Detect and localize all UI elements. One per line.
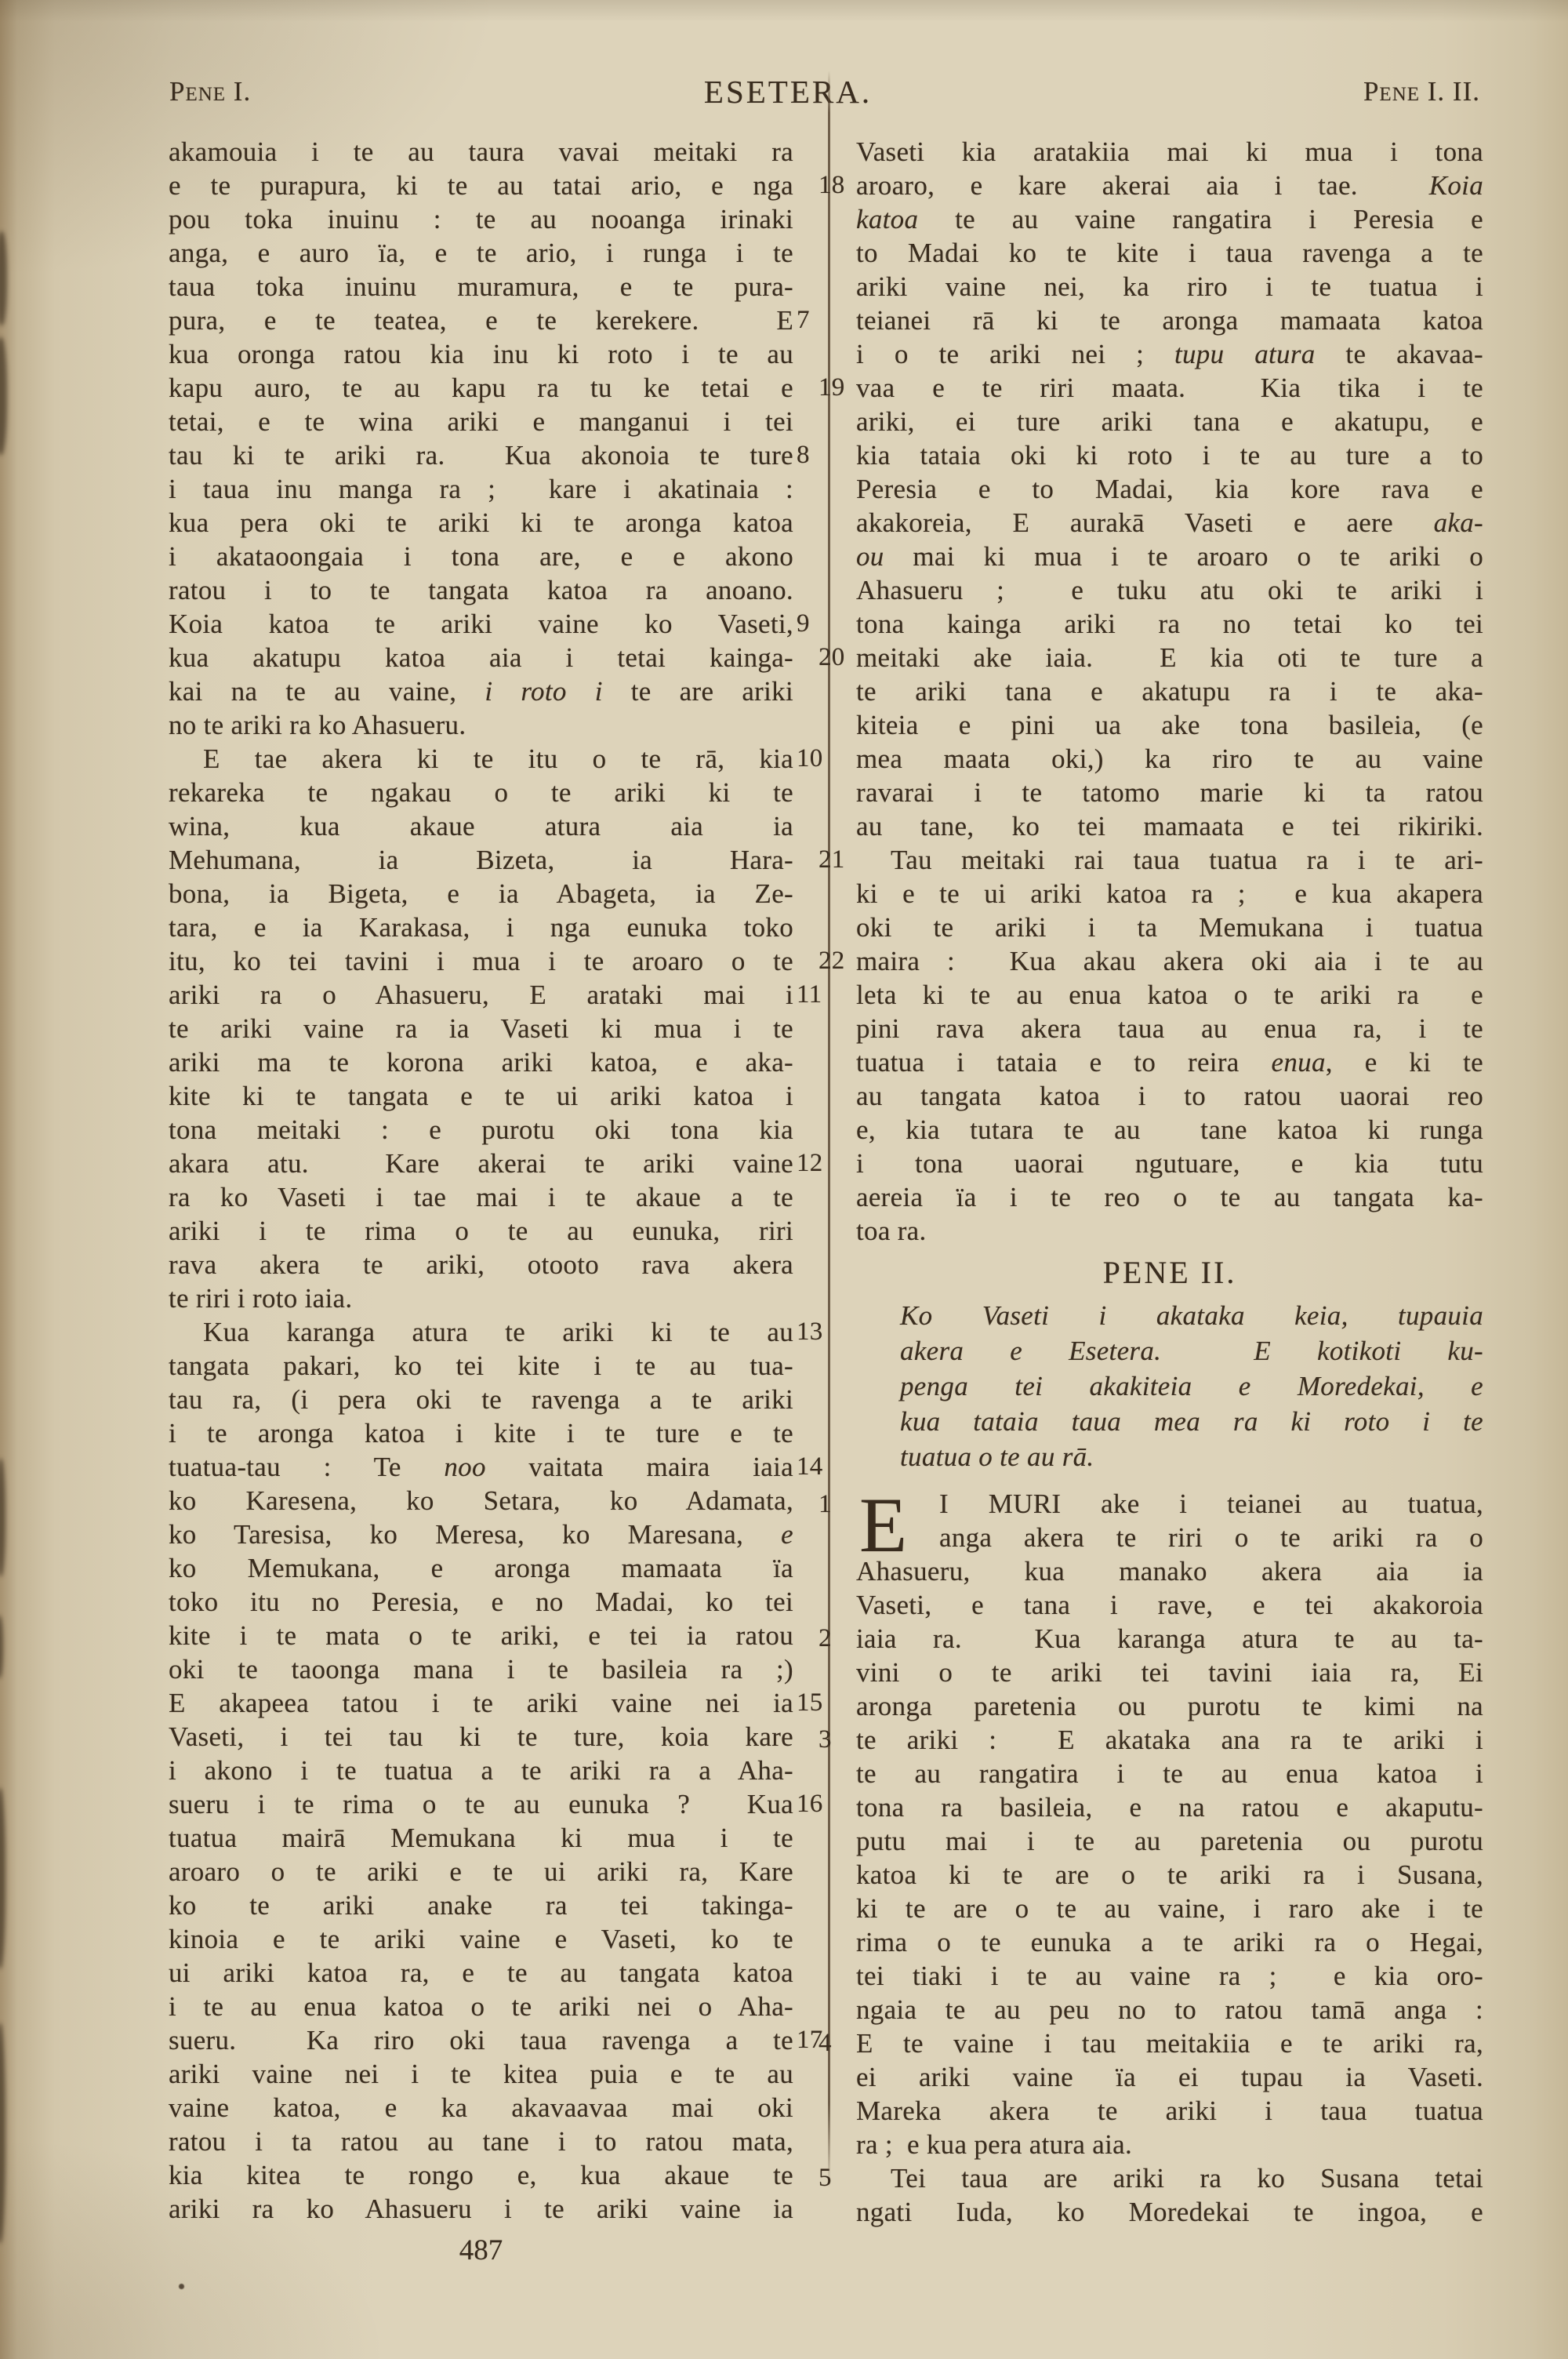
verse-number: 8	[797, 438, 836, 472]
text-line: aereia ïa i te reo o te au tangata ka-	[856, 1180, 1483, 1214]
text-line: ariki ma te korona ariki katoa, e aka-	[169, 1045, 793, 1079]
verse-number: 2	[817, 1622, 855, 1656]
text-line: ariki, ei ture ariki tana e akatupu, e	[856, 405, 1483, 438]
text-line: 8tau ki te ariki ra. Kua akonoia te ture	[169, 438, 793, 472]
text-line: tara, e ia Karakasa, i nga eunuka toko	[169, 911, 793, 944]
text-line: 7pura, e te teatea, e te kerekere. E	[169, 304, 793, 337]
text-line: te riri i roto iaia.	[169, 1281, 793, 1315]
verse-number: 11	[797, 978, 836, 1012]
scan-edge-artifact	[0, 1788, 5, 1968]
text-line: ou mai ki mua i te aroaro o te ariki o	[856, 540, 1483, 573]
scan-edge-artifact	[0, 1459, 5, 1576]
text-line: Mareka akera te ariki i taua tuatua	[856, 2094, 1483, 2128]
text-line: katoa te au vaine rangatira i Peresia e	[856, 202, 1483, 236]
text-line: e, kia tutara te au tane katoa ki runga	[856, 1113, 1483, 1147]
text-line: 17sueru. Ka riro oki taua ravenga a te	[169, 2023, 793, 2057]
text-line: 21Tau meitaki rai taua tuatua ra i te ar…	[856, 843, 1483, 877]
running-head-right: Pene I. II.	[1363, 72, 1480, 111]
text-line: ki te are o te au vaine, i raro ake i te	[856, 1892, 1483, 1925]
text-line: teianei rā ki te aronga mamaata katoa	[856, 304, 1483, 337]
text-line: i o te ariki nei ; tupu atura te akavaa-	[856, 337, 1483, 371]
text-line: ravarai i te tatomo marie ki ta ratou	[856, 776, 1483, 809]
text-line: tona meitaki : e purotu oki tona kia	[169, 1113, 793, 1147]
text-line: tuatua mairā Memukana ki mua i te	[169, 1821, 793, 1855]
text-line: taua toka inuinu muramura, e te pura-	[169, 270, 793, 304]
text-line: te au rangatira i te au enua katoa i	[856, 1757, 1483, 1790]
text-line: rava akera te ariki, otooto rava akera	[169, 1248, 793, 1281]
text-line: au tane, ko tei mamaata e tei rikiriki.	[856, 809, 1483, 843]
text-line: te ariki vaine ra ia Vaseti ki mua i te	[169, 1012, 793, 1045]
text-line: ki e te ui ariki katoa ra ; e kua akaper…	[856, 877, 1483, 911]
text-line: Ahasueru, kua manako akera aia ia	[856, 1554, 1483, 1588]
text-line: ko Karesena, ko Setara, ko Adamata,	[169, 1484, 793, 1518]
book-title-running-head: ESETERA.	[169, 72, 1407, 111]
text-line: akakoreia, E aurakā Vaseti e aere aka-	[856, 506, 1483, 540]
verse-number: 20	[817, 641, 855, 674]
verse-number: 21	[817, 843, 855, 877]
text-line: toko itu no Peresia, e no Madai, ko tei	[169, 1585, 793, 1619]
text-line: ra ko Vaseti i tae mai i te akaue a te	[169, 1180, 793, 1214]
text-line: i tona uaorai ngutuare, e kia tutu	[856, 1147, 1483, 1180]
scan-edge-artifact	[0, 231, 7, 325]
verse-number: 13	[797, 1315, 836, 1349]
text-line: tetai, e te wina ariki e manganui i tei	[169, 405, 793, 438]
text-line: aronga paretenia ou purotu te kimi na	[856, 1689, 1483, 1723]
text-line: kia kitea te rongo e, kua akaue te	[169, 2158, 793, 2192]
text-line: te ariki tana e akatupu ra i te aka-	[856, 674, 1483, 708]
text-line: 20meitaki ake iaia. E kia oti te ture a	[856, 641, 1483, 674]
text-line: 2iaia ra. Kua karanga atura te au ta-	[856, 1622, 1483, 1656]
text-line: kiteia e pini ua ake tona basileia, (e	[856, 708, 1483, 742]
text-line: ariki ra ko Ahasueru i te ariki vaine ia	[169, 2192, 793, 2226]
dropcap-paragraph: 1EI MURI ake i teianei au tuatua,anga ak…	[856, 1487, 1483, 1554]
verse-number: 14	[797, 1450, 836, 1484]
text-line: pini rava akera taua au enua ra, i te	[856, 1012, 1483, 1045]
text-line: tei tiaki i te au vaine ra ; e kia oro-	[856, 1959, 1483, 1993]
text-line: tuatua i tataia e to reira enua, e ki te	[856, 1045, 1483, 1079]
scanned-book-page: Pene I. ESETERA. Pene I. II. akamouia i …	[0, 0, 1568, 2359]
text-line: no te ariki ra ko Ahasueru.	[169, 708, 793, 742]
text-line: ariki i te rima o te au eunuka, riri	[169, 1214, 793, 1248]
text-line: i te aronga katoa i kite i te ture e te	[169, 1416, 793, 1450]
ink-spot	[179, 2284, 184, 2289]
left-column: akamouia i te au taura vavai meitaki rae…	[169, 135, 793, 2226]
text-line: putu mai i te au paretenia ou purotu	[856, 1824, 1483, 1858]
text-line: kite ki te tangata e te ui ariki katoa i	[169, 1079, 793, 1113]
text-line: Vaseti, i tei tau ki te ture, koia kare	[169, 1720, 793, 1754]
text-line: kapu auro, te au kapu ra tu ke tetai e	[169, 371, 793, 405]
text-line: ra ; e kua pera atura aia.	[856, 2128, 1483, 2161]
text-line: kua oronga ratou kia inu ki roto i te au	[169, 337, 793, 371]
verse-number: 22	[817, 944, 855, 978]
text-line: 9Koia katoa te ariki vaine ko Vaseti,	[169, 607, 793, 641]
verse-number: 3	[817, 1723, 855, 1757]
verse-number: 4	[817, 2026, 855, 2060]
text-line: bona, ia Bigeta, e ia Abageta, ia Ze-	[169, 877, 793, 911]
chapter-heading: PENE II.	[856, 1252, 1483, 1293]
text-line: i akono i te tuatua a te ariki ra a Aha-	[169, 1754, 793, 1787]
text-line: 3te ariki : E akataka ana ra te ariki i	[856, 1723, 1483, 1757]
page-number: 487	[169, 2234, 793, 2267]
text-line: tona kainga ariki ra no tetai ko tei	[856, 607, 1483, 641]
text-line: ngati Iuda, ko Moredekai te ingoa, e	[856, 2195, 1483, 2229]
summary-line: kua tataia taua mea ra ki roto i te	[900, 1404, 1483, 1439]
text-line: toa ra.	[856, 1214, 1483, 1248]
text-line: ko Memukana, e aronga mamaata ïa	[169, 1551, 793, 1585]
text-line: aroaro o te ariki e te ui ariki ra, Kare	[169, 1855, 793, 1888]
text-line: kua akatupu katoa aia i tetai kainga-	[169, 641, 793, 674]
text-line: wina, kua akaue atura aia ia	[169, 809, 793, 843]
text-line: i te au enua katoa o te ariki nei o Aha-	[169, 1990, 793, 2023]
text-line: mea maata oki,) ka riro te au vaine	[856, 742, 1483, 776]
verse-number: 7	[797, 304, 836, 337]
text-line: 4E te vaine i tau meitakiia e te ariki r…	[856, 2026, 1483, 2060]
text-line: anga akera te riri o te ariki ra o	[856, 1521, 1483, 1554]
text-line: 19vaa e te riri maata. Kia tika i te	[856, 371, 1483, 405]
right-column: Vaseti kia aratakiia mai ki mua i tona18…	[856, 135, 1483, 2229]
text-line: ngaia te au peu no to ratou tamā anga :	[856, 1993, 1483, 2026]
text-line: tangata pakari, ko tei kite i te au tua-	[169, 1349, 793, 1383]
text-line: katoa ki te are o te ariki ra i Susana,	[856, 1858, 1483, 1892]
text-line: ei ariki vaine ïa ei tupau ia Vaseti.	[856, 2060, 1483, 2094]
text-line: Vaseti kia aratakiia mai ki mua i tona	[856, 135, 1483, 169]
text-line: 13Kua karanga atura te ariki ki te au	[169, 1315, 793, 1349]
text-line: 18aroaro, e kare akerai aia i tae. Koia	[856, 169, 1483, 202]
text-line: rekareka te ngakau o te ariki ki te	[169, 776, 793, 809]
text-line: itu, ko tei tavini i mua i te aroaro o t…	[169, 944, 793, 978]
verse-number: 18	[817, 169, 855, 202]
summary-line: Ko Vaseti i akataka keia, tupauia	[900, 1298, 1483, 1333]
text-line: vini o te ariki tei tavini iaia ra, Ei	[856, 1656, 1483, 1689]
text-line: ui ariki katoa ra, e te au tangata katoa	[169, 1956, 793, 1990]
scan-edge-artifact	[0, 2023, 5, 2243]
text-line: pou toka inuinu : te au nooanga irinaki	[169, 202, 793, 236]
text-line: ariki vaine nei, ka riro i te tuatua i	[856, 270, 1483, 304]
text-line: i akataoongaia i tona are, e e akono	[169, 540, 793, 573]
text-line: 16sueru i te rima o te au eunuka ? Kua	[169, 1787, 793, 1821]
verse-number: 15	[797, 1686, 836, 1720]
text-line: ariki vaine nei i te kitea puia e te au	[169, 2057, 793, 2091]
text-line: akamouia i te au taura vavai meitaki ra	[169, 135, 793, 169]
text-line: leta ki te au enua katoa o te ariki ra e	[856, 978, 1483, 1012]
text-line: oki te taoonga mana i te basileia ra ;)	[169, 1652, 793, 1686]
verse-number: 1	[817, 1490, 855, 1519]
text-line: oki te ariki i ta Memukana i tuatua	[856, 911, 1483, 944]
text-line: anga, e auro ïa, e te ario, i runga i te	[169, 236, 793, 270]
text-line: Ahasueru ; e tuku atu oki te ariki i	[856, 573, 1483, 607]
verse-number: 16	[797, 1787, 836, 1821]
text-line: au tangata katoa i to ratou uaorai reo	[856, 1079, 1483, 1113]
scan-edge-artifact	[0, 1616, 3, 1678]
text-line: 15E akapeea tatou i te ariki vaine nei i…	[169, 1686, 793, 1720]
text-line: vaine katoa, e ka akavaavaa mai oki	[169, 2091, 793, 2125]
summary-line: akera e Esetera. E kotikoti ku-	[900, 1333, 1483, 1369]
text-line: kai na te au vaine, i roto i te are arik…	[169, 674, 793, 708]
verse-number: 9	[797, 607, 836, 641]
text-line: e te purapura, ki te au tatai ario, e ng…	[169, 169, 793, 202]
text-line: ratou i ta ratou au tane i to ratou mata…	[169, 2125, 793, 2158]
text-line: kia tataia oki ki roto i te au ture a to	[856, 438, 1483, 472]
verse-number: 19	[817, 371, 855, 405]
text-line: Mehumana, ia Bizeta, ia Hara-	[169, 843, 793, 877]
text-line: kite i te mata o te ariki, e tei ia rato…	[169, 1619, 793, 1652]
text-line: i taua inu manga ra ; kare i akatinaia :	[169, 472, 793, 506]
text-line: kinoia e te ariki vaine e Vaseti, ko te	[169, 1922, 793, 1956]
text-line: 14tuatua-tau : Te noo vaitata maira iaia	[169, 1450, 793, 1484]
text-line: rima o te eunuka a te ariki ra o Hegai,	[856, 1925, 1483, 1959]
text-line: tona ra basileia, e na ratou e akaputu-	[856, 1790, 1483, 1824]
text-line: 11ariki ra o Ahasueru, E arataki mai i	[169, 978, 793, 1012]
scan-edge-artifact	[0, 337, 7, 455]
text-line: 5Tei taua are ariki ra ko Susana tetai	[856, 2161, 1483, 2195]
text-line: ko Taresisa, ko Meresa, ko Maresana, e	[169, 1518, 793, 1551]
text-line: tau ra, (i pera oki te ravenga a te arik…	[169, 1383, 793, 1416]
text-line: kua pera oki te ariki ki te aronga katoa	[169, 506, 793, 540]
text-line: Peresia e to Madai, kia kore rava e	[856, 472, 1483, 506]
text-line: to Madai ko te kite i taua ravenga a te	[856, 236, 1483, 270]
chapter-summary: Ko Vaseti i akataka keia, tupauiaakera e…	[900, 1298, 1483, 1474]
verse-number: 12	[797, 1147, 836, 1180]
text-line: 22maira : Kua akau akera oki aia i te au	[856, 944, 1483, 978]
text-line: 10E tae akera ki te itu o te rā, kia	[169, 742, 793, 776]
text-line: ratou i to te tangata katoa ra anoano.	[169, 573, 793, 607]
summary-line: penga tei akakiteia e Moredekai, e	[900, 1369, 1483, 1404]
text-line: ko te ariki anake ra tei takinga-	[169, 1888, 793, 1922]
summary-line: tuatua o te au rā.	[900, 1439, 1483, 1474]
text-line: 12akara atu. Kare akerai te ariki vaine	[169, 1147, 793, 1180]
text-line: I MURI ake i teianei au tuatua,	[856, 1487, 1483, 1521]
text-line: Vaseti, e tana i rave, e tei akakoroia	[856, 1588, 1483, 1622]
verse-number: 10	[797, 742, 836, 776]
verse-number: 5	[817, 2161, 855, 2195]
